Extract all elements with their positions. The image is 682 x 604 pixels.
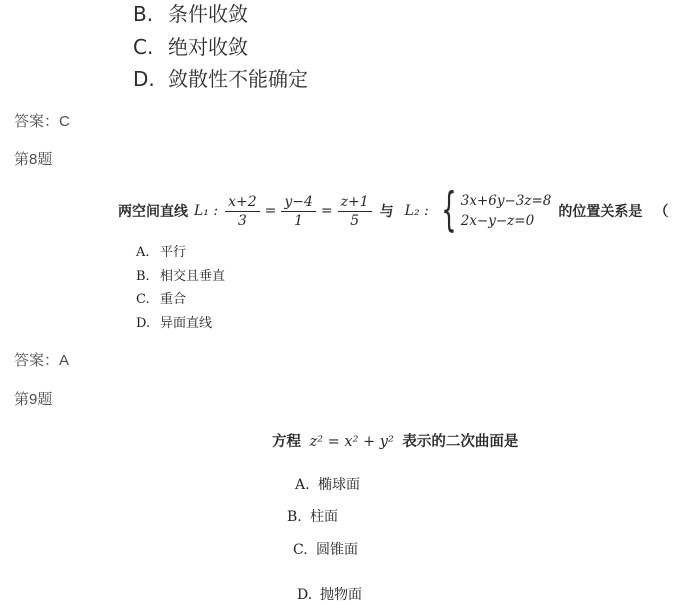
- system-equation-1: 3x+6y−3z=8: [461, 191, 552, 211]
- option-letter: C.: [136, 288, 160, 312]
- fraction-3: z+1 5: [338, 194, 372, 229]
- question9-option-a: A.椭球面: [295, 474, 360, 494]
- question8-formula: 两空间直线 L₁ : x+2 3 = y−4 1 = z+1 5 与 L₂ : …: [118, 186, 682, 236]
- fraction-numerator: z+1: [338, 194, 372, 211]
- option-row-b: B.条件收敛: [133, 0, 308, 31]
- option-text: 抛物面: [320, 587, 362, 603]
- option-text: 椭球面: [318, 477, 360, 493]
- question8-options-list: A.平行 B.相交且垂直 C.重合 D.异面直线: [136, 241, 225, 335]
- option-text: 平行: [160, 245, 186, 260]
- option-letter: A.: [295, 477, 318, 493]
- answer-line-q7: 答案：C: [14, 110, 70, 131]
- option-letter: C.: [293, 542, 316, 558]
- option-row-c: C.绝对收敛: [133, 31, 308, 64]
- question9-label: 第9题: [14, 388, 52, 409]
- question9-title: 方程 z² = x² + y² 表示的二次曲面是: [272, 430, 518, 451]
- option-text: 重合: [160, 292, 186, 307]
- option-row-c: C.重合: [136, 288, 225, 312]
- option-row-b: B.相交且垂直: [136, 265, 225, 289]
- question9-option-b: B.柱面: [287, 506, 338, 526]
- question9-suffix: 表示的二次曲面是: [402, 433, 518, 450]
- option-row-d: D.异面直线: [136, 312, 225, 336]
- option-letter: B.: [136, 265, 160, 289]
- option-letter: C.: [133, 31, 168, 64]
- fraction-denominator: 3: [225, 211, 260, 229]
- option-text: 绝对收敛: [168, 35, 248, 59]
- question8-suffix: 的位置关系是: [558, 201, 642, 221]
- option-row-d: D.敛散性不能确定: [133, 63, 308, 96]
- conjunction-word: 与: [380, 201, 394, 221]
- equals-sign: =: [265, 203, 277, 219]
- left-brace: {: [441, 188, 456, 234]
- question9-option-d: D.抛物面: [297, 584, 362, 604]
- fraction-1: x+2 3: [225, 194, 260, 229]
- option-letter: D.: [297, 587, 320, 603]
- option-row-a: A.平行: [136, 241, 225, 265]
- fraction-numerator: x+2: [225, 194, 260, 211]
- answer-line-q8: 答案：A: [14, 349, 69, 370]
- option-letter: A.: [136, 241, 160, 265]
- option-text: 敛散性不能确定: [168, 67, 308, 91]
- option-text: 柱面: [310, 509, 338, 525]
- option-text: 异面直线: [160, 316, 212, 331]
- line1-symbol: L₁ :: [194, 203, 218, 219]
- fraction-numerator: y−4: [281, 194, 316, 211]
- equals-sign: =: [321, 203, 333, 219]
- question9-option-c: C.圆锥面: [293, 539, 358, 559]
- option-text: 圆锥面: [316, 542, 358, 558]
- system-equations: 3x+6y−3z=8 2x−y−z=0: [461, 191, 552, 231]
- fraction-denominator: 5: [338, 211, 372, 229]
- question7-options-list: B.条件收敛 C.绝对收敛 D.敛散性不能确定: [133, 0, 308, 96]
- option-text: 条件收敛: [168, 2, 248, 26]
- system-equation-2: 2x−y−z=0: [461, 211, 552, 231]
- option-letter: D.: [136, 312, 160, 336]
- option-text: 相交且垂直: [160, 269, 225, 284]
- option-letter: B.: [133, 0, 168, 31]
- line2-symbol: L₂ :: [405, 203, 429, 219]
- answer-paren-open: （: [654, 201, 668, 221]
- option-letter: D.: [133, 63, 168, 96]
- question9-equation: z² = x² + y²: [310, 434, 394, 450]
- question8-prefix: 两空间直线: [118, 201, 188, 221]
- fraction-denominator: 1: [281, 211, 316, 229]
- equation-system: { 3x+6y−3z=8 2x−y−z=0: [435, 189, 552, 233]
- question8-label: 第8题: [14, 148, 52, 169]
- fraction-2: y−4 1: [281, 194, 316, 229]
- question9-prefix: 方程: [272, 433, 301, 450]
- option-letter: B.: [287, 509, 310, 525]
